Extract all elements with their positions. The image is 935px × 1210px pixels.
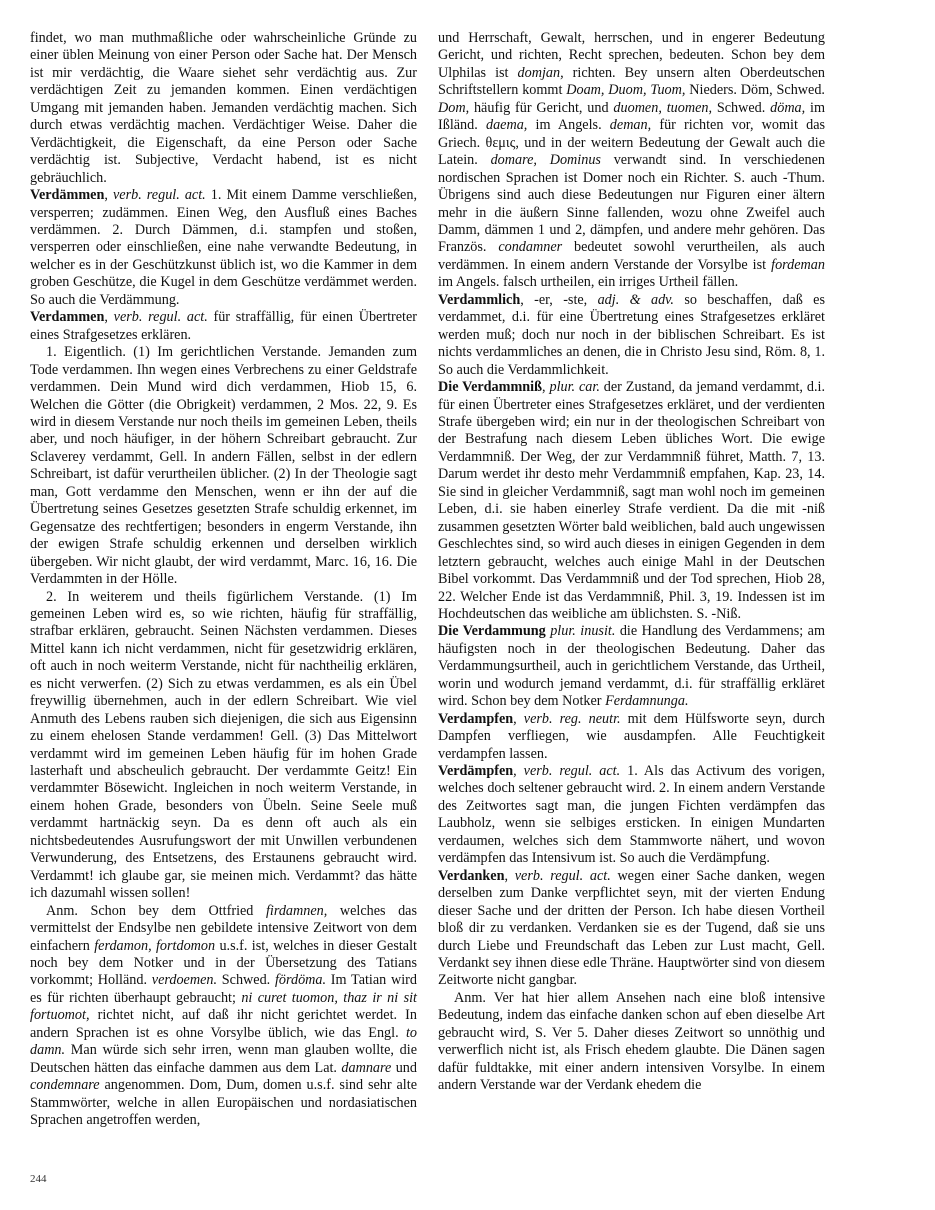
text: Nieders. Döm, Schwed. [685, 82, 825, 98]
italic-term: verdoemen. [152, 972, 217, 988]
headword: Verdanken [438, 868, 505, 884]
italic-term: fördöma. [275, 972, 326, 988]
italic-term: Dom, [438, 100, 469, 116]
italic-term: damnare [341, 1060, 391, 1076]
text: im Angels. [527, 117, 609, 133]
headword: Verdammlich [438, 292, 520, 308]
grammar-label: verb. reg. neutr. [524, 711, 621, 727]
italic-term: fordeman [771, 257, 825, 273]
headword: Verdämpfen [438, 763, 513, 779]
text: und [391, 1060, 417, 1076]
entry-verdammniss: Die Verdammniß, plur. car. der Zustand, … [438, 379, 825, 623]
italic-term: condamner [498, 239, 562, 255]
headword: Die Verdammung [438, 623, 546, 639]
entry-verdaemmen: Verdämmen, verb. regul. act. 1. Mit eine… [30, 187, 417, 309]
page-number: 244 [30, 1171, 47, 1188]
grammar-label: verb. regul. act. [524, 763, 621, 779]
italic-term: domare, Dominus [491, 152, 601, 168]
entry-text: wegen einer Sache danken, wegen derselbe… [438, 868, 825, 989]
grammar-label: plur. inusit. [550, 623, 615, 639]
entry-text: 1. Mit einem Damme verschließen, versper… [30, 187, 417, 308]
entry-text: der Zustand, da jemand verdammt, d.i. fü… [438, 379, 825, 622]
italic-term: Ferdamnunga. [605, 693, 688, 709]
grammar-label: verb. regul. act. [515, 868, 611, 884]
entry-verdaempfen: Verdämpfen, verb. regul. act. 1. Als das… [438, 763, 825, 868]
right-column: und Herrschaft, Gewalt, herrschen, und i… [438, 30, 825, 1095]
italic-term: domjan, [518, 65, 564, 81]
text: Schwed. [217, 972, 275, 988]
grammar-label: verb. regul. act. [113, 187, 206, 203]
italic-term: firdamnen, [266, 903, 327, 919]
entry-verdammung: Die Verdammung plur. inusit. die Handlun… [438, 623, 825, 710]
italic-term: condemnare [30, 1077, 100, 1093]
left-column: findet, wo man muthmaßliche oder wahrsch… [30, 30, 417, 1130]
entry-verdanken: Verdanken, verb. regul. act. wegen einer… [438, 868, 825, 990]
grammar-label: adj. & adv. [598, 292, 674, 308]
text: häufig für Gericht, und [469, 100, 613, 116]
entry-verdammlich: Verdammlich, -er, -ste, adj. & adv. so b… [438, 292, 825, 379]
sense-1-paragraph: 1. Eigentlich. (1) Im gerichtlichen Vers… [30, 344, 417, 588]
text: im Angels. falsch urtheilen, ein irriges… [438, 274, 738, 290]
headword: Verdammen [30, 309, 104, 325]
italic-term: daema, [486, 117, 527, 133]
continued-annotation-paragraph: und Herrschaft, Gewalt, herrschen, und i… [438, 30, 825, 292]
italic-term: duomen, tuomen, [613, 100, 712, 116]
entry-verdampfen: Verdampfen, verb. reg. neutr. mit dem Hü… [438, 711, 825, 763]
continued-entry-paragraph: findet, wo man muthmaßliche oder wahrsch… [30, 30, 417, 187]
sense-2-paragraph: 2. In weiterem und theils figürlichem Ve… [30, 589, 417, 903]
headword: Verdämmen [30, 187, 104, 203]
italic-term: Doam, Duom, Tuom, [566, 82, 685, 98]
headword: Die Verdammniß [438, 379, 542, 395]
italic-term: ferdamon, fortdomon [94, 938, 215, 954]
entry-verdammen: Verdammen, verb. regul. act. für straffä… [30, 309, 417, 344]
headword: Verdampfen [438, 711, 513, 727]
annotation-paragraph: Anm. Schon bey dem Ottfried firdamnen, w… [30, 903, 417, 1130]
grammar-label: plur. car. [549, 379, 599, 395]
grammar-label: verb. regul. act. [114, 309, 208, 325]
text: Schwed. [712, 100, 770, 116]
annotation-paragraph: Anm. Ver hat hier allem Ansehen nach ein… [438, 990, 825, 1095]
italic-term: döma, [770, 100, 805, 116]
italic-term: deman, [610, 117, 651, 133]
text: Anm. Schon bey dem Ottfried [46, 903, 266, 919]
inflection: , -er, -ste, [520, 292, 597, 308]
dictionary-page: findet, wo man muthmaßliche oder wahrsch… [0, 0, 935, 1210]
